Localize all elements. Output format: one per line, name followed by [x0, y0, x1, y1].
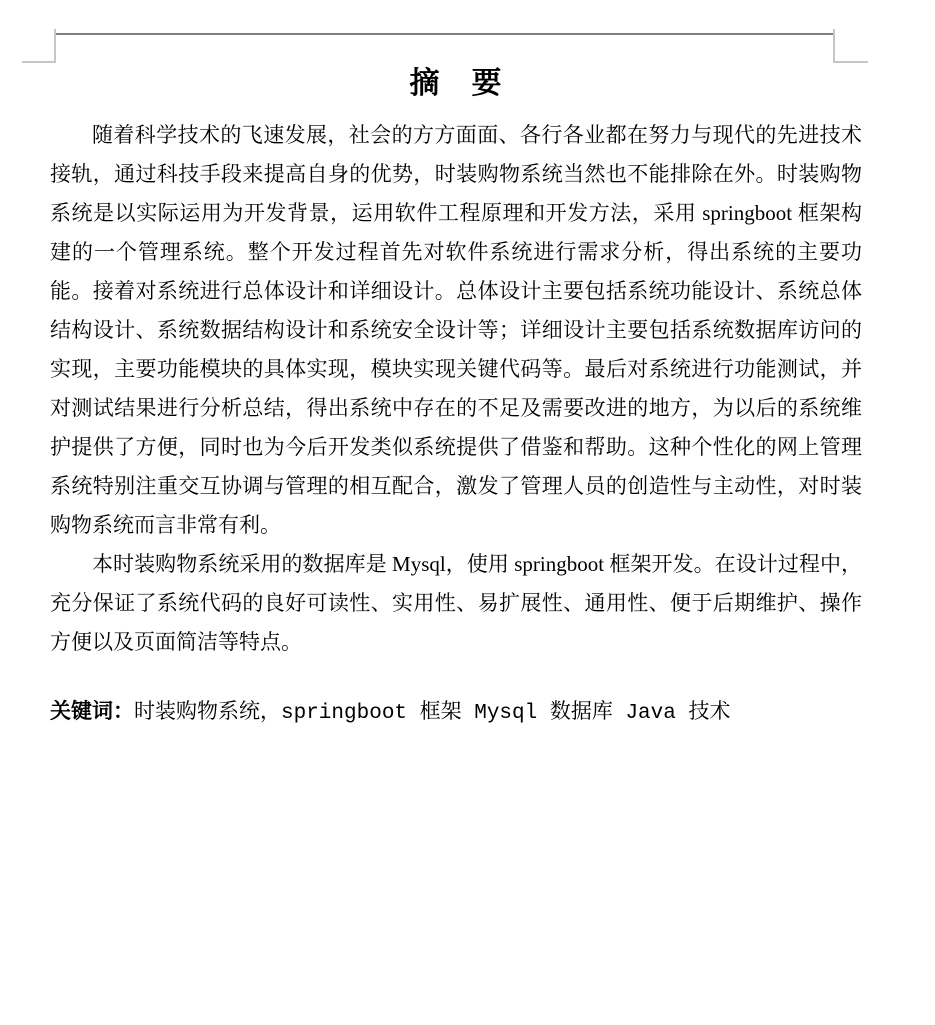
- keywords-text: 时装购物系统，springboot 框架 Mysql 数据库 Java 技术: [134, 702, 730, 725]
- abstract-title: 摘 要: [50, 60, 862, 108]
- page-corner-mark-right-vertical: [833, 29, 835, 63]
- keywords-line: 关键词：时装购物系统，springboot 框架 Mysql 数据库 Java …: [50, 692, 862, 733]
- keywords-label: 关键词：: [50, 699, 134, 723]
- page-top-edge-line: [55, 33, 834, 35]
- abstract-content: 摘 要 随着科学技术的飞速发展，社会的方方面面、各行各业都在努力与现代的先进技术…: [50, 60, 862, 733]
- document-page: 摘 要 随着科学技术的飞速发展，社会的方方面面、各行各业都在努力与现代的先进技术…: [0, 0, 935, 1025]
- abstract-paragraph-1: 随着科学技术的飞速发展，社会的方方面面、各行各业都在努力与现代的先进技术接轨，通…: [50, 116, 862, 545]
- abstract-paragraph-2: 本时装购物系统采用的数据库是 Mysql，使用 springboot 框架开发。…: [50, 545, 862, 662]
- page-corner-mark-left-vertical: [54, 29, 56, 63]
